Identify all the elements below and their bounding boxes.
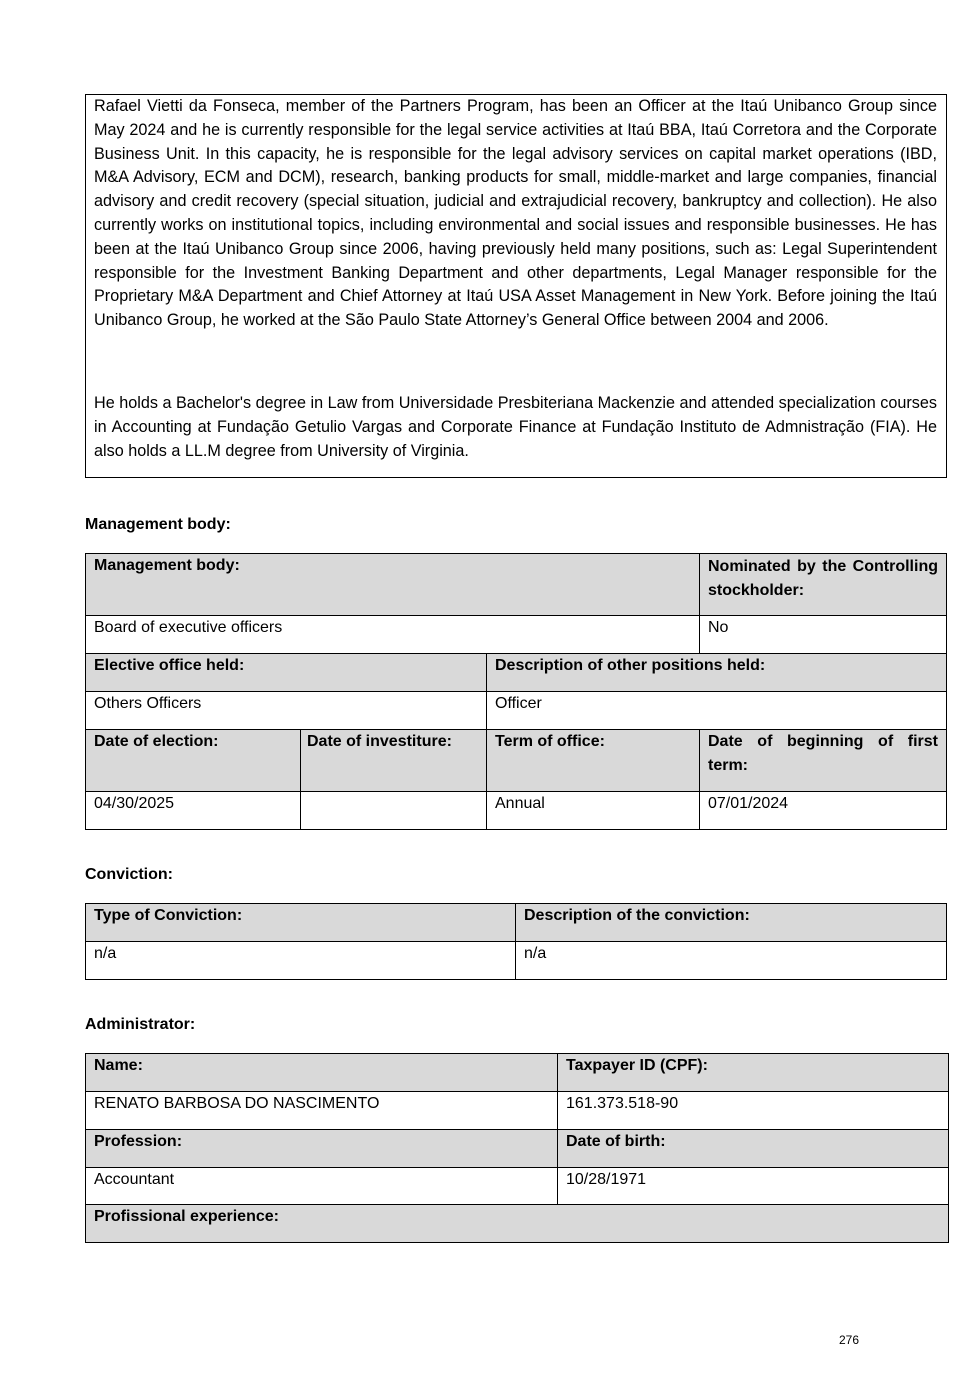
table-row: Others Officers Officer [86,692,947,730]
experience-header: Profissional experience: [86,1205,949,1243]
conviction-type-header: Type of Conviction: [86,904,516,942]
table-row: Elective office held: Description of oth… [86,654,947,692]
nominated-value: No [700,616,947,654]
date-election-header: Date of election: [86,730,301,792]
profession-value: Accountant [86,1168,558,1205]
cpf-value: 161.373.518-90 [558,1092,949,1130]
date-election-value: 04/30/2025 [86,792,301,830]
date-of-birth-header: Date of birth: [558,1130,949,1168]
date-first-term-header: Date of beginning of first term: [700,730,947,792]
conviction-description-header: Description of the conviction: [516,904,947,942]
management-body-header: Management body: [86,554,700,616]
conviction-description-value: n/a [516,942,947,980]
biography-paragraph-2: He holds a Bachelor's degree in Law from… [94,392,937,463]
management-table: Management body: Nominated by the Contro… [85,553,947,830]
elective-office-header: Elective office held: [86,654,487,692]
table-row: Management body: Nominated by the Contro… [86,554,947,616]
name-value: RENATO BARBOSA DO NASCIMENTO [86,1092,558,1130]
profession-header: Profession: [86,1130,558,1168]
other-positions-header: Description of other positions held: [487,654,947,692]
date-investiture-value [301,792,487,830]
table-row: Type of Conviction: Description of the c… [86,904,947,942]
table-row: Date of election: Date of investiture: T… [86,730,947,792]
table-row: Board of executive officers No [86,616,947,654]
table-row: 04/30/2025 Annual 07/01/2024 [86,792,947,830]
table-row: Profissional experience: [86,1205,949,1243]
management-body-value: Board of executive officers [86,616,700,654]
other-positions-value: Officer [487,692,947,730]
date-investiture-header: Date of investiture: [301,730,487,792]
biography-paragraph-1: Rafael Vietti da Fonseca, member of the … [94,95,937,333]
table-row: RENATO BARBOSA DO NASCIMENTO 161.373.518… [86,1092,949,1130]
table-row: Accountant 10/28/1971 [86,1168,949,1205]
table-row: Name: Taxpayer ID (CPF): [86,1054,949,1092]
nominated-header: Nominated by the Controlling stockholder… [700,554,947,616]
administrator-table: Name: Taxpayer ID (CPF): RENATO BARBOSA … [85,1053,949,1243]
term-office-value: Annual [487,792,700,830]
name-header: Name: [86,1054,558,1092]
administrator-section-title: Administrator: [85,1016,195,1034]
conviction-type-value: n/a [86,942,516,980]
biography-box: Rafael Vietti da Fonseca, member of the … [85,94,947,478]
table-row: n/a n/a [86,942,947,980]
term-office-header: Term of office: [487,730,700,792]
date-of-birth-value: 10/28/1971 [558,1168,949,1205]
cpf-header: Taxpayer ID (CPF): [558,1054,949,1092]
conviction-table: Type of Conviction: Description of the c… [85,903,947,980]
elective-office-value: Others Officers [86,692,487,730]
date-first-term-value: 07/01/2024 [700,792,947,830]
page-number: 276 [839,1333,859,1347]
conviction-section-title: Conviction: [85,866,173,884]
table-row: Profession: Date of birth: [86,1130,949,1168]
management-section-title: Management body: [85,516,231,534]
